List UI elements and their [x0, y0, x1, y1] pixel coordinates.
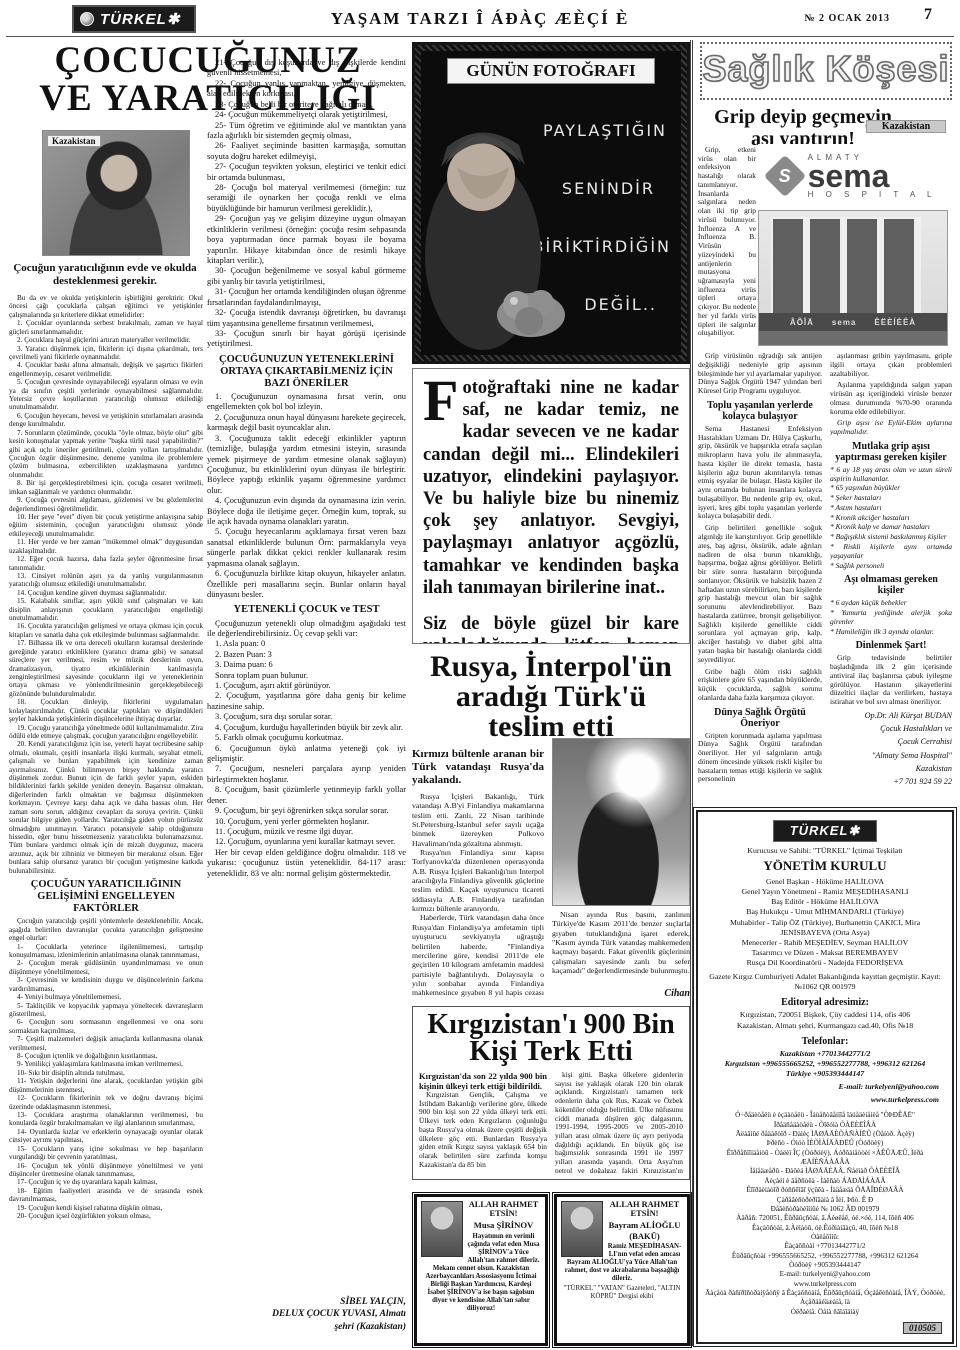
flu-note: Grip aşısı ise Eylül-Ekim aylarına yapıl…: [830, 419, 952, 437]
list-item: 10. Her şeye "evet" diyen bir çocuk yeti…: [9, 513, 203, 538]
hospital-country-label: Kazakistan: [866, 120, 946, 133]
sema-hospital: H O S P I T A L: [808, 190, 937, 199]
page-header: TÜRKEL✱ YAŞAM TARZI Î ÁÐÀÇ ÆÈÇÍ È № 2 OC…: [0, 0, 960, 36]
sema-name: sema: [808, 162, 937, 191]
list-item: Çàðåãèñòðèðîâàíà â Ìèí. Þñò. Ê Ð: [705, 1196, 945, 1205]
list-item: Genel Yayın Yönetmeni - Ramiz MEŞEDİHASA…: [705, 887, 945, 897]
list-item: 14- Oyunlarda kızlar ve erkeklerin oynay…: [9, 1128, 203, 1145]
list-item: Kırgızistan, 720051 Bişkek, Çüy caddesi …: [705, 1010, 945, 1020]
list-item: 17- Çocuğun iç ve dış uyaranlara kapalı …: [9, 1178, 203, 1186]
flu-column-right: aşılanması gribin yayılmasını, griple il…: [830, 352, 952, 804]
headline-line: Rusya, İnterpol'ün: [430, 650, 672, 683]
list-item: +7 701 924 59 22: [830, 777, 952, 787]
photo-country-label: Kazakistan: [47, 135, 101, 147]
flu-subhead: Toplu yaşanılan yerlerde kolayca bulaşıy…: [698, 400, 822, 422]
list-item: Òåëåôîíû:: [705, 1233, 945, 1242]
deceased-photo: [561, 1201, 603, 1257]
sema-logo: S ALMATY sema H O S P I T A L: [758, 144, 948, 208]
issue-date: № 2 OCAK 2013: [804, 13, 890, 24]
list-item: 12. Çocuğum, oyunlarına yeni kurallar ka…: [207, 837, 406, 847]
author-org: DELUX ÇOCUK YUVASI, Almatı: [272, 1309, 406, 1319]
list-item: Rusya İçişleri Bakanlığı, Türk vatandaşı…: [412, 792, 544, 848]
blockers-intro: Çocuğun yaratıcılığı çeşitli yöntemlerle…: [9, 917, 203, 942]
imprint-turkel-logo: TÜRKEL✱: [773, 820, 878, 842]
author-signature: SİBEL YALÇIN, DELUX ÇOCUK YUVASI, Almatı…: [207, 1296, 406, 1333]
obituary-box-2: ALLAH RAHMET ETSİN! Bayram ALİOĞLU (BAKÜ…: [554, 1194, 690, 1346]
list-item: Ó÷ðåäèòåëü è èçäàòåëü - Îáùåñòâåííîå îáú…: [705, 1111, 945, 1120]
headline-line: Kırgızistan'ı 900 Bin: [427, 1009, 674, 1040]
list-item: 28- Çocuğa bol materyal verilmemesi (örn…: [207, 183, 406, 214]
list-item: Kazakistan, Almatı şehri, Kurmangazı cad…: [705, 1021, 945, 1031]
flu-column-left: Grip virüsünün uğradığı sık antijen deği…: [698, 352, 822, 804]
list-item: 16. Çocukta yaratıcılığın gelişmesi ve o…: [9, 622, 203, 639]
list-item: Êîððåñïîíäåíòû - Òàëèï ÎÇ (Òóðöèÿ), Áóðõ…: [705, 1149, 945, 1168]
health-corner-title: Sağlık Köşesi: [700, 42, 952, 100]
building-facade: [771, 217, 921, 317]
list-item: 23- Çocuğun belli bir otoriteye bağımlı …: [207, 100, 406, 110]
list-item: 20. Kendi yaratıcılığınız için ise, yete…: [9, 740, 203, 875]
list-item: * Kronik akciğer hastaları: [830, 514, 952, 523]
list-item: 15- Çocukların yarış içine sokulması ve …: [9, 1145, 203, 1162]
suspect-photo: [552, 738, 690, 906]
website-link[interactable]: www.turkelpress.com: [705, 1095, 945, 1105]
list-item: Ðåãèñòðàöèîííûé № 1062 ÂÐ 001979: [705, 1205, 945, 1214]
flu-paragraph: Gribe bağlı ölüm riski sağlıklı erişkinl…: [698, 668, 822, 703]
list-item: Ãàçåòà ðàñïðîñòðàíÿåòñÿ â Êàçàõñòàíå, Êû…: [705, 1289, 945, 1308]
grandmother-photo: GÜNÜN FOTOĞRAFI PAYLAŞTIĞIN SENİNDİR BİR…: [421, 51, 681, 355]
column-divider: [690, 40, 693, 1346]
list-item: 13. Cinsiyet rolünün aşırı ya da yanlış …: [9, 572, 203, 589]
flu-subhead: Dünya Sağlık Örgütü Öneriyor: [698, 707, 822, 729]
list-item: 1. Asla puan: 0: [207, 639, 406, 649]
sign-text: ÂÕÎÄ: [790, 318, 814, 327]
list-item: 4- Yeniyi bulmaya yöneltilememesi,: [9, 993, 203, 1001]
russia-news-col-right: Nisan ayında Rus basını, zanlının Türkiy…: [552, 910, 690, 988]
flu-paragraph: Grip belirtileri genellikle soğuk algınl…: [698, 524, 822, 664]
flu-subhead: Dinlenmek Şart!: [830, 640, 952, 651]
kyrgyzstan-col-right: kişi gitti. Başka ülkelere gidenlerin sa…: [555, 1071, 683, 1173]
list-item: 18- Eğitim faaliyetleri arasında ve de s…: [9, 1187, 203, 1204]
list-item: 3. Daima puan: 6: [207, 660, 406, 670]
address-heading: Editoryal adresimiz:: [705, 996, 945, 1009]
list-item: 8- Çocuğun içtenlik ve doğallığının kısı…: [9, 1052, 203, 1060]
kyrgyzstan-col-left: Kırgızistan'da son 22 yılda 900 bin kişi…: [419, 1071, 547, 1173]
news-agency-signature: Cihan: [412, 988, 690, 999]
flu-subhead: Aşı olmaması gereken kişiler: [830, 574, 952, 596]
vaccination-must-list: * 6 ay 18 yaş arası olan ve uzun süreli …: [830, 466, 952, 570]
test-options: 1. Asla puan: 02. Bazen Puan: 33. Daima …: [207, 639, 406, 681]
list-item: 3. Çocuğunuza taklit edeceği etkinlikler…: [207, 434, 406, 497]
list-item: Þðèñò - Óìóò ÌÈÕÌÀÍÄÀÐËÛ (Òóðöèÿ): [705, 1139, 945, 1148]
list-item: 2- Çocuğun merak güdüsünün uyandırılmama…: [9, 959, 203, 976]
commentary-paragraph-2: Siz de böyle güzel bir kare yakaladığını…: [423, 613, 679, 644]
list-item: 19. Çocuğu yaratıcılığa yöneltmede ödül …: [9, 724, 203, 741]
blockers-list-2: 21- Çocuğun dış koşullarda ve dış ilişki…: [207, 58, 406, 350]
imprint-box: TÜRKEL✱ Kurucusu ve Sahibi: "TÜRKEL" İçt…: [696, 810, 954, 1344]
flu-intro-column: Grip, etkeni virüs olan bir enfeksiyon h…: [698, 146, 756, 348]
list-item: 12- Çocukların fikirlerinin tek ve doğru…: [9, 1094, 203, 1111]
list-item: 3. Yaratıcı düşünmek için, fikirlerin iç…: [9, 345, 203, 362]
list-item: 9. Çocuğa çevresini algılaması, gözlemes…: [9, 496, 203, 513]
list-item: 14. Çocuğun kendine güven duyması sağlan…: [9, 589, 203, 597]
list-item: 4. Çocuğum, kurduğu hayallerinden büyük …: [207, 723, 406, 733]
list-item: 17. Bilhassa ilk ve orta dereceli okulla…: [9, 639, 203, 698]
test-heading: YETENEKLİ ÇOCUK ve TEST: [207, 604, 406, 616]
blockers-heading: ÇOCUĞUN YARATICILIĞININ GELİŞİMİNİ ENGEL…: [9, 879, 203, 915]
headline-line: Kişi Terk Etti: [469, 1036, 632, 1067]
headline-line: aradığı Türk'ü: [456, 680, 646, 713]
registration-line: Gazete Kırgız Cumhuriyeti Adalet Bakanlı…: [705, 972, 945, 992]
vaccination-not-list: * 6 aydan küçük bebekler* Yumurta yediği…: [830, 599, 952, 636]
list-item: 2. Çocuğum, yaşıtlarına göre daha geniş …: [207, 691, 406, 712]
criteria-list: 1. Çocuklar oyunlarında serbest bırakılm…: [9, 319, 203, 875]
list-item: 8. Çocuğum, basit çözümlerle yetinmeyip …: [207, 785, 406, 806]
list-item: 6. Çocuğun heyecanı, hevesi ve yetişkini…: [9, 412, 203, 429]
sema-s: S: [779, 165, 791, 186]
blockers-list-1: 1- Çocuklarla yeterince ilgilenilmemesi,…: [9, 943, 203, 1221]
list-item: 3. Çocuğum, sıra dışı sorular sorar.: [207, 712, 406, 722]
flu-paragraph: Gripten korunmada aşılama yapılması Düny…: [698, 732, 822, 785]
list-item: Êîîðäèíàòîð ðóññêîãî ÿçûêà - Íàäåæäà ÔÅÄ…: [705, 1186, 945, 1195]
kyrgyzstan-left-text: Kırgızistan Gençlik, Çalışma ve İstihdam…: [419, 1091, 547, 1170]
list-item: Nisan ayında Rus basını, zanlının Türkiy…: [552, 910, 690, 975]
list-item: 5- Taklitçilik ve kopyacılık yapmaya yön…: [9, 1002, 203, 1019]
list-item: 1- Çocuklarla yeterince ilgilenilmemesi,…: [9, 943, 203, 960]
list-item: Çocuk Hastalıkları ve: [830, 724, 952, 734]
list-item: * 6 ay 18 yaş arası olan ve uzun süreli …: [830, 466, 952, 484]
hospital-building-photo: ÂÕÎÄ sema ÊËÈÍÈÊÀ: [758, 210, 948, 346]
creativity-column-2: 21- Çocuğun dış koşullarda ve dış ilişki…: [207, 58, 406, 1296]
list-item: Genel Başkan - Höküme HALİLOVA: [705, 877, 945, 887]
imprint-owner: Kurucusu ve Sahibi: "TÜRKEL" İçtimai Teş…: [705, 846, 945, 856]
list-item: 7- Çeşitli malzemeleri değişik amaçlarda…: [9, 1035, 203, 1052]
list-item: 6. Çocuğunuzla birlikte kitap okuyun, hi…: [207, 569, 406, 600]
list-item: 3- Çevresinin ve kendisinin duygu ve düş…: [9, 976, 203, 993]
list-item: * Riskli kişilerle aynı ortamda yaşayanl…: [830, 543, 952, 561]
flu-paragraph: Grip virüsünün uğradığı sık antijen deği…: [698, 352, 822, 396]
sign-text: ÊËÈÍÈÊÀ: [874, 318, 916, 327]
list-item: 21- Çocuğun dış koşullarda ve dış ilişki…: [207, 58, 406, 79]
list-item: Óêðàèíå. Öåíà ñâîáîäíàÿ: [705, 1308, 945, 1317]
address-list: Kırgızistan, 720051 Bişkek, Çüy caddesi …: [705, 1010, 945, 1030]
section-title: YAŞAM TARZI Î ÁÐÀÇ ÆÈÇÍ È: [300, 9, 660, 29]
board-list: Genel Başkan - Höküme HALİLOVAGenel Yayı…: [705, 877, 945, 968]
kyrgyzstan-headline: Kırgızistan'ı 900 Bin Kişi Terk Etti: [419, 1011, 683, 1066]
list-item: 19- Çocuğun kendi kişisel rahatına düşkü…: [9, 1204, 203, 1212]
list-item: Türkiye +905393444147: [705, 1069, 945, 1079]
kyrgyzstan-subhead: Kırgızistan'da son 22 yılda 900 bin kişi…: [419, 1071, 547, 1091]
list-item: Grip, etkeni virüs olan bir enfeksiyon h…: [698, 146, 756, 338]
logo-text: TÜRKEL✱: [100, 11, 180, 28]
list-item: 31- Çocuğun her ortamda kendiliğinden ol…: [207, 287, 406, 308]
list-item: 9- Yenilikçi yaklaşımlara katılmasına im…: [9, 1060, 203, 1068]
list-item: * Hamileliğin ilk 3 ayında olanlar.: [830, 628, 952, 637]
intro-paragraph: Bu da ev ve okulda yetişkinlerin işbirli…: [9, 294, 203, 319]
list-item: Êûðãûçñòàí +996555665252, +996552277788,…: [705, 1252, 945, 1261]
flu-paragraph: Grip tedavisinde belirtiler başladığında…: [830, 654, 952, 707]
list-item: 24- Çocuğun mükemmeliyetçi olarak yetişt…: [207, 110, 406, 120]
test-items: 1. Çocuğum, aşırı aktif görünüyor.2. Çoc…: [207, 681, 406, 848]
globe-icon: [80, 12, 94, 26]
list-item: 2. Bazen Puan: 3: [207, 650, 406, 660]
obituary-footer: "TÜRKEL" "VATAN" Gazeteleri, "ALTIN KÖPR…: [561, 1285, 683, 1301]
list-item: 25- Tüm öğretim ve eğitiminde akıl ve ma…: [207, 121, 406, 142]
grandmother-illustration: [421, 105, 581, 355]
list-item: 6- Çocuğun soru sormasının engellenmesi …: [9, 1018, 203, 1035]
list-item: 4. Çocuğunuzun evin dışında da oynamasın…: [207, 496, 406, 527]
kyrgyzstan-news-box: Kırgızistan'ı 900 Bin Kişi Terk Etti Kır…: [412, 1006, 690, 1180]
list-item: 30- Çocuğun beğenilmeme ve sosyal kabul …: [207, 266, 406, 287]
russia-news-subhead: Kırmızı bültenle aranan bir Türk vatanda…: [412, 748, 544, 788]
list-item: 7. Sorunların çözümünde, çocukla "öyle o…: [9, 429, 203, 480]
list-item: Menecerler - Rahib MEŞEDİEV, Seyman HALİ…: [705, 938, 945, 948]
list-item: 1. Çocuğum, aşırı aktif görünüyor.: [207, 681, 406, 691]
list-item: * Şeker hastaları: [830, 494, 952, 503]
author-name: SİBEL YALÇIN,: [340, 1297, 406, 1307]
list-item: 5. Farklı olmak çocuğumu korkutmaz.: [207, 733, 406, 743]
list-item: 4. Çocuklar baskı altına almamalı, değiş…: [9, 361, 203, 378]
list-item: Ìåíåäæåðû - Ðàõèá ÌÅØÅÄÈÅÂ, Ñåéìàð ÕÀËÈË…: [705, 1167, 945, 1176]
list-item: * 65 yaşından büyükler: [830, 484, 952, 493]
list-item: 9. Çocuğum, bir şeyi öğrenirken sıkça so…: [207, 806, 406, 816]
list-item: "Almaty Sema Hospital": [830, 751, 952, 761]
imprint-russian-block: Ó÷ðåäèòåëü è èçäàòåëü - Îáùåñòâåííîå îáú…: [705, 1111, 945, 1317]
photo-of-day-title: GÜNÜN FOTOĞRAFI: [447, 58, 655, 84]
board-heading: YÖNETİM KURULU: [705, 858, 945, 875]
list-item: Òóðöèÿ +905393444147: [705, 1261, 945, 1270]
header-rule: [6, 36, 954, 37]
list-item: Êàçàõñòàí, ã.Àëìàòû, óë.Êóðìàíãàçû, 40, …: [705, 1224, 945, 1233]
flu-paragraph: aşılanması gribin yayılmasını, griple il…: [830, 352, 952, 378]
list-item: 1. Çocuklar oyunlarında serbest bırakılm…: [9, 319, 203, 336]
list-item: 1. Çocuğunuzun oynamasına fırsat verin, …: [207, 392, 406, 413]
list-item: 10- Sıkı bir disiplin altında tutulması,: [9, 1069, 203, 1077]
sign-text: sema: [832, 318, 856, 327]
list-item: 12. Eğer çocuk hazırsa, daha fazla şeyle…: [9, 555, 203, 572]
list-item: * Sağlık personeli: [830, 562, 952, 571]
list-item: * Astım hastaları: [830, 504, 952, 513]
tips-heading: ÇOCUĞUNUZUN YETENEKLERİNİ ORTAYA ÇIKARTA…: [207, 354, 406, 390]
list-item: Sonra toplam puan bulunur.: [207, 671, 406, 681]
list-item: 26- Faaliyet seçiminde basitten karmaşığ…: [207, 141, 406, 162]
list-item: 10. Çocuğum, yeni yerler görmekten hoşla…: [207, 817, 406, 827]
list-item: * 6 aydan küçük bebekler: [830, 599, 952, 608]
list-item: 5. Çocuğun çevresinde oynayabileceği eşy…: [9, 378, 203, 412]
list-item: Ãëàâíûé ðåäàêòîð - Ðàìèç ÌÅØÅÄÈÕÀÑÀÍËÛ (…: [705, 1130, 945, 1139]
list-item: 22- Çocuğun yanlış yapmaktan, yenilgiye …: [207, 79, 406, 100]
woman-portrait-photo: Kazakistan: [42, 130, 190, 256]
list-item: * Kronik kalp ve damar hastaları: [830, 523, 952, 532]
list-item: Kırgızistan +996555665252, +996552277788…: [705, 1059, 945, 1069]
newspaper-page: TÜRKEL✱ YAŞAM TARZI Î ÁÐÀÇ ÆÈÇÍ È № 2 OC…: [0, 0, 960, 1350]
list-item: 27- Çocuğun teşvikten yoksun, eleştirici…: [207, 162, 406, 183]
sema-diamond-icon: S: [763, 155, 805, 197]
list-item: Rusça Dil Koordinatörü - Nadejda FEDORİŞ…: [705, 958, 945, 968]
list-item: 16- Çocuğun tek yönlü düşünmeye yöneltil…: [9, 1162, 203, 1179]
photo-caption: Çocuğun yaratıcılığının evde ve okulda d…: [8, 262, 202, 287]
building-signage: ÂÕÎÄ sema ÊËÈÍÈÊÀ: [759, 313, 947, 331]
author-city: şehri (Kazakistan): [334, 1322, 406, 1332]
list-item: E-mail: turkelyeni@yahoo.com: [705, 1270, 945, 1279]
list-item: Kazakistan: [830, 764, 952, 774]
list-item: 11. Her yerde ve her zaman "mükemmel olm…: [9, 538, 203, 555]
list-item: Op.Dr. Ali Kürşat BUDAN: [830, 711, 952, 721]
test-scoring: Her bir cevap elden geldiğince doğru olm…: [207, 848, 406, 879]
list-item: 5. Çocuğu heyecanlarını açıklamaya fırsa…: [207, 527, 406, 569]
phones-heading: Telefonlar:: [705, 1035, 945, 1048]
list-item: 11. Çocuğum, müzik ve resme ilgi duyar.: [207, 827, 406, 837]
list-item: 13- Çocuklara araştırma olanaklarının ve…: [9, 1111, 203, 1128]
list-item: 29- Çocuğun yaş ve gelişim düzeyine uygu…: [207, 214, 406, 266]
list-item: Haberlerde, Türk vatandaşın daha önce Ru…: [412, 913, 544, 998]
overlay-word: DEĞİL..: [584, 295, 657, 314]
list-item: kişi gitti. Başka ülkelere gidenlerin sa…: [555, 1071, 683, 1173]
list-item: Çocuk Cerrahisi: [830, 737, 952, 747]
creativity-column-1: Bu da ev ve okulda yetişkinlerin işbirli…: [9, 294, 203, 1344]
list-item: Äèçàéí è âåðñòêà - Ìàêñàò ÁÅÐÅÌÁÀÅÂ: [705, 1177, 945, 1186]
list-item: 6. Çocuğumun öykü anlatma yeteneği çok i…: [207, 744, 406, 765]
list-item: www.turkelpress.com: [705, 1280, 945, 1289]
drop-cap: F: [423, 377, 462, 425]
list-item: 15. Kalabalık sınıflar, aşırı yüklü sını…: [9, 597, 203, 622]
list-item: 7. Çocuğum, nesneleri parçalara ayırıp y…: [207, 764, 406, 785]
list-item: Kazakistan +77013442771/2: [705, 1049, 945, 1059]
tips-list: 1. Çocuğunuzun oynamasına fırsat verin, …: [207, 392, 406, 600]
list-item: * Bağışıklık sistemi baskılanmış kişiler: [830, 533, 952, 542]
list-item: Baş Editör - Höküme HALİLOVA: [705, 897, 945, 907]
turkel-logo: TÜRKEL✱: [72, 5, 196, 33]
russia-news-headline: Rusya, İnterpol'ün aradığı Türk'ü teslim…: [412, 652, 690, 742]
obituary-box-1: ALLAH RAHMET ETSİN! Musa ŞİRİNOV Hayatım…: [414, 1194, 548, 1346]
sema-wordmark: ALMATY sema H O S P I T A L: [808, 153, 937, 200]
list-item: Êàçàõñòàí +77013442771/2: [705, 1242, 945, 1251]
list-item: 18. Çocukları dinleyip, fikirlerini uygu…: [9, 698, 203, 723]
page-number: 7: [924, 6, 932, 24]
list-item: Kırgızistan Gençlik, Çalışma ve İstihdam…: [419, 1091, 547, 1170]
flu-paragraph: Sema Hastanesi Enfeksiyon Hastalıkları U…: [698, 425, 822, 521]
list-item: Muhabirler - Talip ÖZ (Türkiye), Burhane…: [705, 918, 945, 938]
list-item: Baş Hukukçu - Umut MİHMANDARLI (Türkiye): [705, 907, 945, 917]
email-link[interactable]: E-mail: turkelyeni@yahoo.com: [705, 1082, 945, 1092]
photo-of-day-frame: GÜNÜN FOTOĞRAFI PAYLAŞTIĞIN SENİNDİR BİR…: [412, 42, 690, 364]
list-item: Rusya'nın Finlandiya sınır kapısı Torfya…: [412, 848, 544, 913]
photo-of-day-commentary: Fotoğraftaki nine ne kadar saf, ne kadar…: [412, 368, 690, 644]
russia-news-col-left: Rusya İçişleri Bakanlığı, Türk vatandaşı…: [412, 792, 544, 998]
deceased-photo: [421, 1201, 463, 1257]
flu-subhead: Mutlaka grip aşısı yaptırması gereken ki…: [830, 441, 952, 463]
list-item: Àäðåñ: 720051, Êûðãûçñòàí, ã.Áèøêåê, óë.…: [705, 1214, 945, 1223]
list-item: * Yumurta yediğinde alerjik şoka girenle…: [830, 609, 952, 627]
list-item: 20- Çocuğun içsel özgürlükten yoksun olm…: [9, 1212, 203, 1220]
list-item: 8. Bir işi gerçekleştirebilmesi için, ço…: [9, 479, 203, 496]
print-code: 010505: [903, 1322, 942, 1334]
building-ground: [759, 331, 947, 345]
test-intro: Çocuğunuzun yetenekli olup olmadığını aş…: [207, 619, 406, 640]
list-item: 33- Çocuğun sınırlı bir hayat görüşü içe…: [207, 329, 406, 350]
list-item: 32- Çocuğa istendik davranışı öğretirken…: [207, 308, 406, 329]
list-item: Tasarımcı ve Düzen - Maksat BEREMBAYEV: [705, 948, 945, 958]
list-item: Ïðåäñåäàòåëü - Õîêóìà ÕÀËÈËÎÂÀ: [705, 1121, 945, 1130]
list-item: 2. Çocuğunuza onun hayal dünyasını harek…: [207, 413, 406, 434]
doctor-signature: Op.Dr. Ali Kürşat BUDANÇocuk Hastalıklar…: [830, 711, 952, 788]
list-item: 2. Çocuklara hayal güçlerini artıran mat…: [9, 336, 203, 344]
list-item: 11- Yetişkin değerlerini öne alarak, çoc…: [9, 1077, 203, 1094]
flu-paragraph: Aşılanma yapıldığında salgın yapan virüs…: [830, 381, 952, 416]
phone-list: Kazakistan +77013442771/2Kırgızistan +99…: [705, 1049, 945, 1079]
